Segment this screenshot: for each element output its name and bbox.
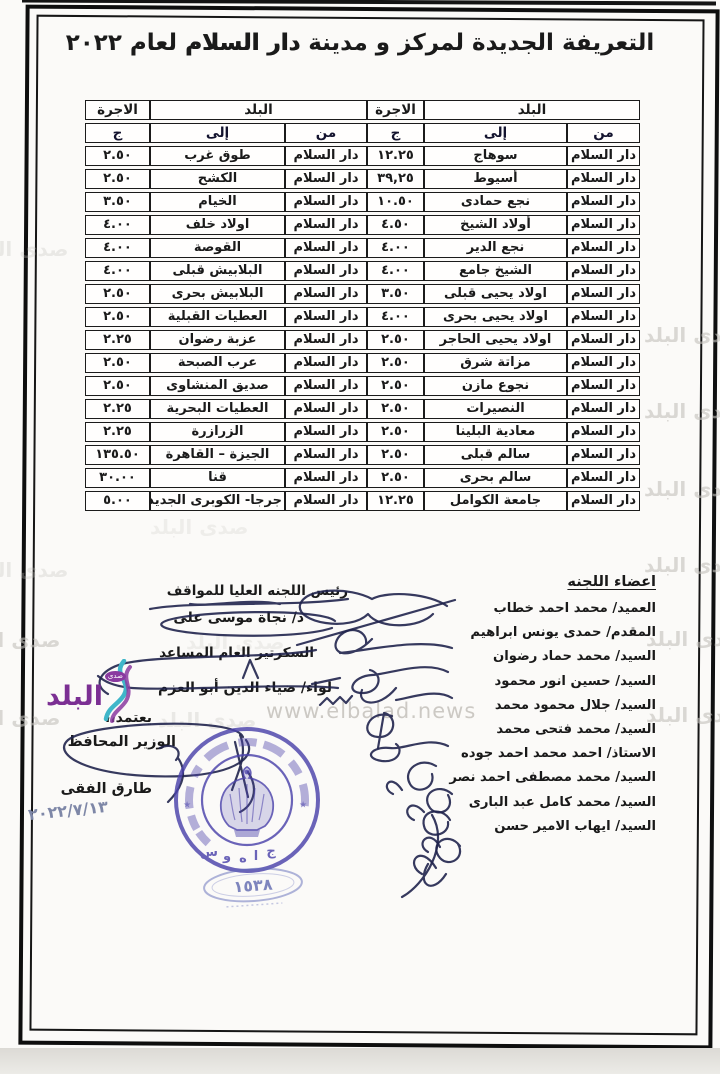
cell-from: دار السلام <box>285 192 367 212</box>
cell-from: دار السلام <box>567 261 640 281</box>
cell-to: اولاد يحيى الحاجر <box>424 330 567 350</box>
cell-from: دار السلام <box>285 307 367 327</box>
cell-from: دار السلام <box>567 169 640 189</box>
cell-fare: ٥.٠٠ <box>85 491 150 511</box>
cell-to: نجع الدير <box>424 238 567 258</box>
cell-fare: ١٣٥.٥٠ <box>85 445 150 465</box>
cell-fare: ٢.٥٠ <box>367 399 424 419</box>
cell-from: دار السلام <box>285 491 367 511</box>
watermark-brand: صدى البلد <box>0 628 60 652</box>
fare-row: دار السلامطوق غرب٢.٥٠ <box>85 146 367 166</box>
cell-to: جرجا- الكوبرى الجديد <box>150 491 285 511</box>
committee-member: المقدم/ حمدى يونس ابراهيم <box>449 621 656 645</box>
cell-fare: ٢.٥٠ <box>367 353 424 373</box>
fare-row: دار السلامالقوصة٤.٠٠ <box>85 238 367 258</box>
fare-row: دار السلامجرجا- الكوبرى الجديد٥.٠٠ <box>85 491 367 511</box>
scan-bottom-edge <box>0 1048 720 1074</box>
col-subheader-from: من <box>567 123 640 143</box>
fare-row: دار السلامسالم قبلى٢.٥٠ <box>367 445 640 465</box>
cell-to: عزبة رضوان <box>150 330 285 350</box>
fare-row: دار السلامالجيزة – القاهرة١٣٥.٥٠ <box>85 445 367 465</box>
cell-from: دار السلام <box>285 468 367 488</box>
committee-member: السيد/ ايهاب الامير حسن <box>449 815 656 839</box>
cell-to: أسيوط <box>424 169 567 189</box>
fare-row: دار السلامأسيوط٣٩,٢٥ <box>367 169 640 189</box>
committee-member: السيد/ حسين انور محمود <box>449 670 656 694</box>
fare-row: دار السلامالبلابيش بحرى٢.٥٠ <box>85 284 367 304</box>
cell-fare: ٢.٥٠ <box>85 169 150 189</box>
cell-from: دار السلام <box>285 261 367 281</box>
cell-to: نجوع مازن <box>424 376 567 396</box>
committee-member: العميد/ محمد احمد خطاب <box>449 597 656 621</box>
cell-fare: ٢.٢٥ <box>85 422 150 442</box>
cell-fare: ٤.٠٠ <box>85 238 150 258</box>
fare-row: دار السلامالنصيرات٢.٥٠ <box>367 399 640 419</box>
cell-to: العطيات البحرية <box>150 399 285 419</box>
cell-fare: ٤.٠٠ <box>367 238 424 258</box>
col-subheader-to: إلى <box>424 123 567 143</box>
cell-from: دار السلام <box>567 307 640 327</box>
cell-fare: ٢.٥٠ <box>85 307 150 327</box>
fare-header-row: البلد الاجرة <box>367 100 640 120</box>
cell-from: دار السلام <box>567 468 640 488</box>
cell-from: دار السلام <box>285 238 367 258</box>
cell-to: اولاد خلف <box>150 215 285 235</box>
watermark-brand: صدى البلد <box>646 703 720 727</box>
cell-from: دار السلام <box>567 192 640 212</box>
cell-fare: ٤.٠٠ <box>85 261 150 281</box>
cell-from: دار السلام <box>285 376 367 396</box>
cell-to: الجيزة – القاهرة <box>150 445 285 465</box>
title-pre: التعريفة الجديدة لمركز و مدينة <box>300 30 654 56</box>
cell-from: دار السلام <box>285 353 367 373</box>
fare-subheader-row: من إلى ج <box>85 123 367 143</box>
cell-fare: ٢.٥٠ <box>367 468 424 488</box>
fare-table-main: البلد الاجرة من إلى ج دار السلامسوهاج١٢.… <box>367 97 640 514</box>
cell-from: دار السلام <box>567 215 640 235</box>
fare-row: دار السلامصديق المنشاوى٢.٥٠ <box>85 376 367 396</box>
fare-header-row: البلد الاجرة <box>85 100 367 120</box>
logo-main-text: البلد <box>46 681 103 712</box>
col-subheader-currency: ج <box>367 123 424 143</box>
watermark-brand: صدى البلد <box>150 515 248 539</box>
fare-row: دار السلامالشيخ جامع٤.٠٠ <box>367 261 640 281</box>
cell-to: مزاتة شرق <box>424 353 567 373</box>
cell-from: دار السلام <box>567 353 640 373</box>
cell-from: دار السلام <box>285 422 367 442</box>
committee-member: الاستاذ/ احمد محمد احمد جوده <box>449 742 656 766</box>
cell-fare: ٢.٥٠ <box>85 284 150 304</box>
watermark-brand: صدى البلد <box>158 708 256 732</box>
cell-to: الكشح <box>150 169 285 189</box>
cell-to: القوصة <box>150 238 285 258</box>
watermark-brand: صدى البلد <box>644 477 720 501</box>
cell-from: دار السلام <box>285 445 367 465</box>
fare-row: دار السلامسالم بحرى٢.٥٠ <box>367 468 640 488</box>
fare-row: دار السلاماولاد يحيى الحاجر٢.٥٠ <box>367 330 640 350</box>
cell-fare: ٢.٥٠ <box>367 445 424 465</box>
cell-to: عرب الصبحة <box>150 353 285 373</box>
cell-fare: ٤.٥٠ <box>367 215 424 235</box>
committee-member: السيد/ جلال محمود محمد <box>449 694 656 718</box>
fare-row: دار السلامالكشح٢.٥٠ <box>85 169 367 189</box>
cell-to: اولاد يحيى قبلى <box>424 284 567 304</box>
cell-to: البلابيش قبلى <box>150 261 285 281</box>
fare-table-secondary-body: دار السلامطوق غرب٢.٥٠دار السلامالكشح٢.٥٠… <box>85 146 367 511</box>
cell-from: دار السلام <box>285 330 367 350</box>
fare-row: دار السلامسوهاج١٢.٢٥ <box>367 146 640 166</box>
cell-fare: ٣٠.٠٠ <box>85 468 150 488</box>
col-subheader-to: إلى <box>150 123 285 143</box>
sada-elbalad-logo: صدى البلد <box>46 659 132 725</box>
committee-member: السيد/ محمد مصطفى احمد نصر <box>449 766 656 790</box>
cell-to: البلابيش بحرى <box>150 284 285 304</box>
cell-to: قنا <box>150 468 285 488</box>
fare-table-main-body: دار السلامسوهاج١٢.٢٥دار السلامأسيوط٣٩,٢٥… <box>367 146 640 511</box>
cell-to: العطيات القبلية <box>150 307 285 327</box>
col-header-town: البلد <box>424 100 640 120</box>
col-header-fare: الاجرة <box>85 100 150 120</box>
cell-fare: ١٢.٢٥ <box>367 146 424 166</box>
committee-member: السيد/ محمد فتحى محمد <box>449 718 656 742</box>
cell-from: دار السلام <box>285 399 367 419</box>
cell-from: دار السلام <box>567 284 640 304</box>
cell-to: الشيخ جامع <box>424 261 567 281</box>
fare-row: دار السلامعزبة رضوان٢.٢٥ <box>85 330 367 350</box>
cell-fare: ٢.٥٠ <box>85 376 150 396</box>
title-emphasis: دار السلام <box>185 30 300 56</box>
committee-head-title: رئيس اللجنه العليا للمواقف <box>167 583 348 599</box>
fare-subheader-row: من إلى ج <box>367 123 640 143</box>
cell-fare: ٣.٥٠ <box>85 192 150 212</box>
committee-member: السيد/ محمد كامل عبد البارى <box>449 791 656 815</box>
cell-from: دار السلام <box>567 399 640 419</box>
scanned-document-page: صدى البلد صدى البلد صدى البلد صدى البلد … <box>0 0 720 1074</box>
fare-row: دار السلامعرب الصبحة٢.٥٠ <box>85 353 367 373</box>
cell-to: اولاد يحيى بحرى <box>424 307 567 327</box>
cell-fare: ٢.٥٠ <box>85 146 150 166</box>
governor-title: الوزير المحافظ <box>68 734 176 750</box>
cell-to: أولاد الشيخ <box>424 215 567 235</box>
fare-row: دار السلامجامعة الكوامل١٢.٢٥ <box>367 491 640 511</box>
watermark-brand: صدى البلد <box>0 237 68 261</box>
committee-member: السيد/ محمد حماد رضوان <box>449 645 656 669</box>
cell-to: سوهاج <box>424 146 567 166</box>
cell-to: سالم بحرى <box>424 468 567 488</box>
cell-from: دار السلام <box>567 422 640 442</box>
cell-fare: ٤.٠٠ <box>367 261 424 281</box>
cell-to: الخيام <box>150 192 285 212</box>
watermark-brand: صدى البلد <box>644 399 720 423</box>
watermark-brand: صدى البلد <box>0 558 68 582</box>
cell-from: دار السلام <box>285 284 367 304</box>
elbalad-flame-icon <box>100 659 136 723</box>
fare-row: دار السلامالزرازرة٢.٢٥ <box>85 422 367 442</box>
committee-section: اعضاء اللجنه العميد/ محمد احمد خطابالمقد… <box>449 574 656 839</box>
governor-name: طارق الفقى <box>61 781 152 797</box>
cell-to: نجع حمادى <box>424 192 567 212</box>
secretary-name: لواء/ ضياء الدين أبو العزم <box>158 680 332 696</box>
col-subheader-from: من <box>285 123 367 143</box>
cell-fare: ٢.٢٥ <box>85 399 150 419</box>
committee-member-list: العميد/ محمد احمد خطابالمقدم/ حمدى يونس … <box>449 597 656 839</box>
fare-row: دار السلاماولاد يحيى بحرى٤.٠٠ <box>367 307 640 327</box>
fare-row: دار السلامالعطيات القبلية٢.٥٠ <box>85 307 367 327</box>
cell-to: الزرازرة <box>150 422 285 442</box>
cell-from: دار السلام <box>567 376 640 396</box>
cell-from: دار السلام <box>567 238 640 258</box>
fare-row: دار السلاماولاد خلف٤.٠٠ <box>85 215 367 235</box>
fare-row: دار السلامنجع حمادى١٠.٥٠ <box>367 192 640 212</box>
cell-from: دار السلام <box>285 215 367 235</box>
cell-fare: ٢.٥٠ <box>367 330 424 350</box>
col-header-town: البلد <box>150 100 367 120</box>
cell-fare: ٣.٥٠ <box>367 284 424 304</box>
cell-to: جامعة الكوامل <box>424 491 567 511</box>
page-title: التعريفة الجديدة لمركز و مدينة دار السلا… <box>0 30 720 56</box>
fare-row: دار السلامنجع الدير٤.٠٠ <box>367 238 640 258</box>
cell-from: دار السلام <box>285 146 367 166</box>
cell-from: دار السلام <box>567 146 640 166</box>
cell-fare: ٢.٥٠ <box>367 422 424 442</box>
cell-fare: ١٢.٢٥ <box>367 491 424 511</box>
fare-row: دار السلامالبلابيش قبلى٤.٠٠ <box>85 261 367 281</box>
fare-row: دار السلامقنا٣٠.٠٠ <box>85 468 367 488</box>
cell-fare: ٤.٠٠ <box>85 215 150 235</box>
committee-heading: اعضاء اللجنه <box>449 574 656 590</box>
committee-head-name: د/ نجاة موسى على <box>173 610 304 626</box>
fare-row: دار السلاممعادية البلينا٢.٥٠ <box>367 422 640 442</box>
watermark-site-url: www.elbalad.news <box>266 699 476 723</box>
cell-to: صديق المنشاوى <box>150 376 285 396</box>
watermark-brand: صدى البلد <box>646 627 720 651</box>
cell-from: دار السلام <box>285 169 367 189</box>
fare-row: دار السلامنجوع مازن٢.٥٠ <box>367 376 640 396</box>
cell-to: النصيرات <box>424 399 567 419</box>
cell-fare: ٢.٥٠ <box>85 353 150 373</box>
logo-small-text: صدى <box>105 671 126 682</box>
watermark-brand: صدى البلد <box>644 323 720 347</box>
col-subheader-currency: ج <box>85 123 150 143</box>
fare-row: دار السلامالخيام٣.٥٠ <box>85 192 367 212</box>
secretary-title: السكرتير العام المساعد <box>159 645 314 661</box>
cell-fare: ٢.٥٠ <box>367 376 424 396</box>
cell-from: دار السلام <box>567 491 640 511</box>
cell-to: طوق غرب <box>150 146 285 166</box>
cell-from: دار السلام <box>567 445 640 465</box>
cell-fare: ٢.٢٥ <box>85 330 150 350</box>
fare-table-secondary: البلد الاجرة من إلى ج دار السلامطوق غرب٢… <box>85 97 367 514</box>
col-header-fare: الاجرة <box>367 100 424 120</box>
cell-from: دار السلام <box>567 330 640 350</box>
cell-fare: ١٠.٥٠ <box>367 192 424 212</box>
fare-row: دار السلامأولاد الشيخ٤.٥٠ <box>367 215 640 235</box>
title-post: لعام ٢٠٢٢ <box>66 30 185 56</box>
cell-to: معادية البلينا <box>424 422 567 442</box>
cell-fare: ٣٩,٢٥ <box>367 169 424 189</box>
cell-fare: ٤.٠٠ <box>367 307 424 327</box>
fare-row: دار السلاممزاتة شرق٢.٥٠ <box>367 353 640 373</box>
cell-to: سالم قبلى <box>424 445 567 465</box>
fare-row: دار السلامالعطيات البحرية٢.٢٥ <box>85 399 367 419</box>
fare-row: دار السلاماولاد يحيى قبلى٣.٥٠ <box>367 284 640 304</box>
